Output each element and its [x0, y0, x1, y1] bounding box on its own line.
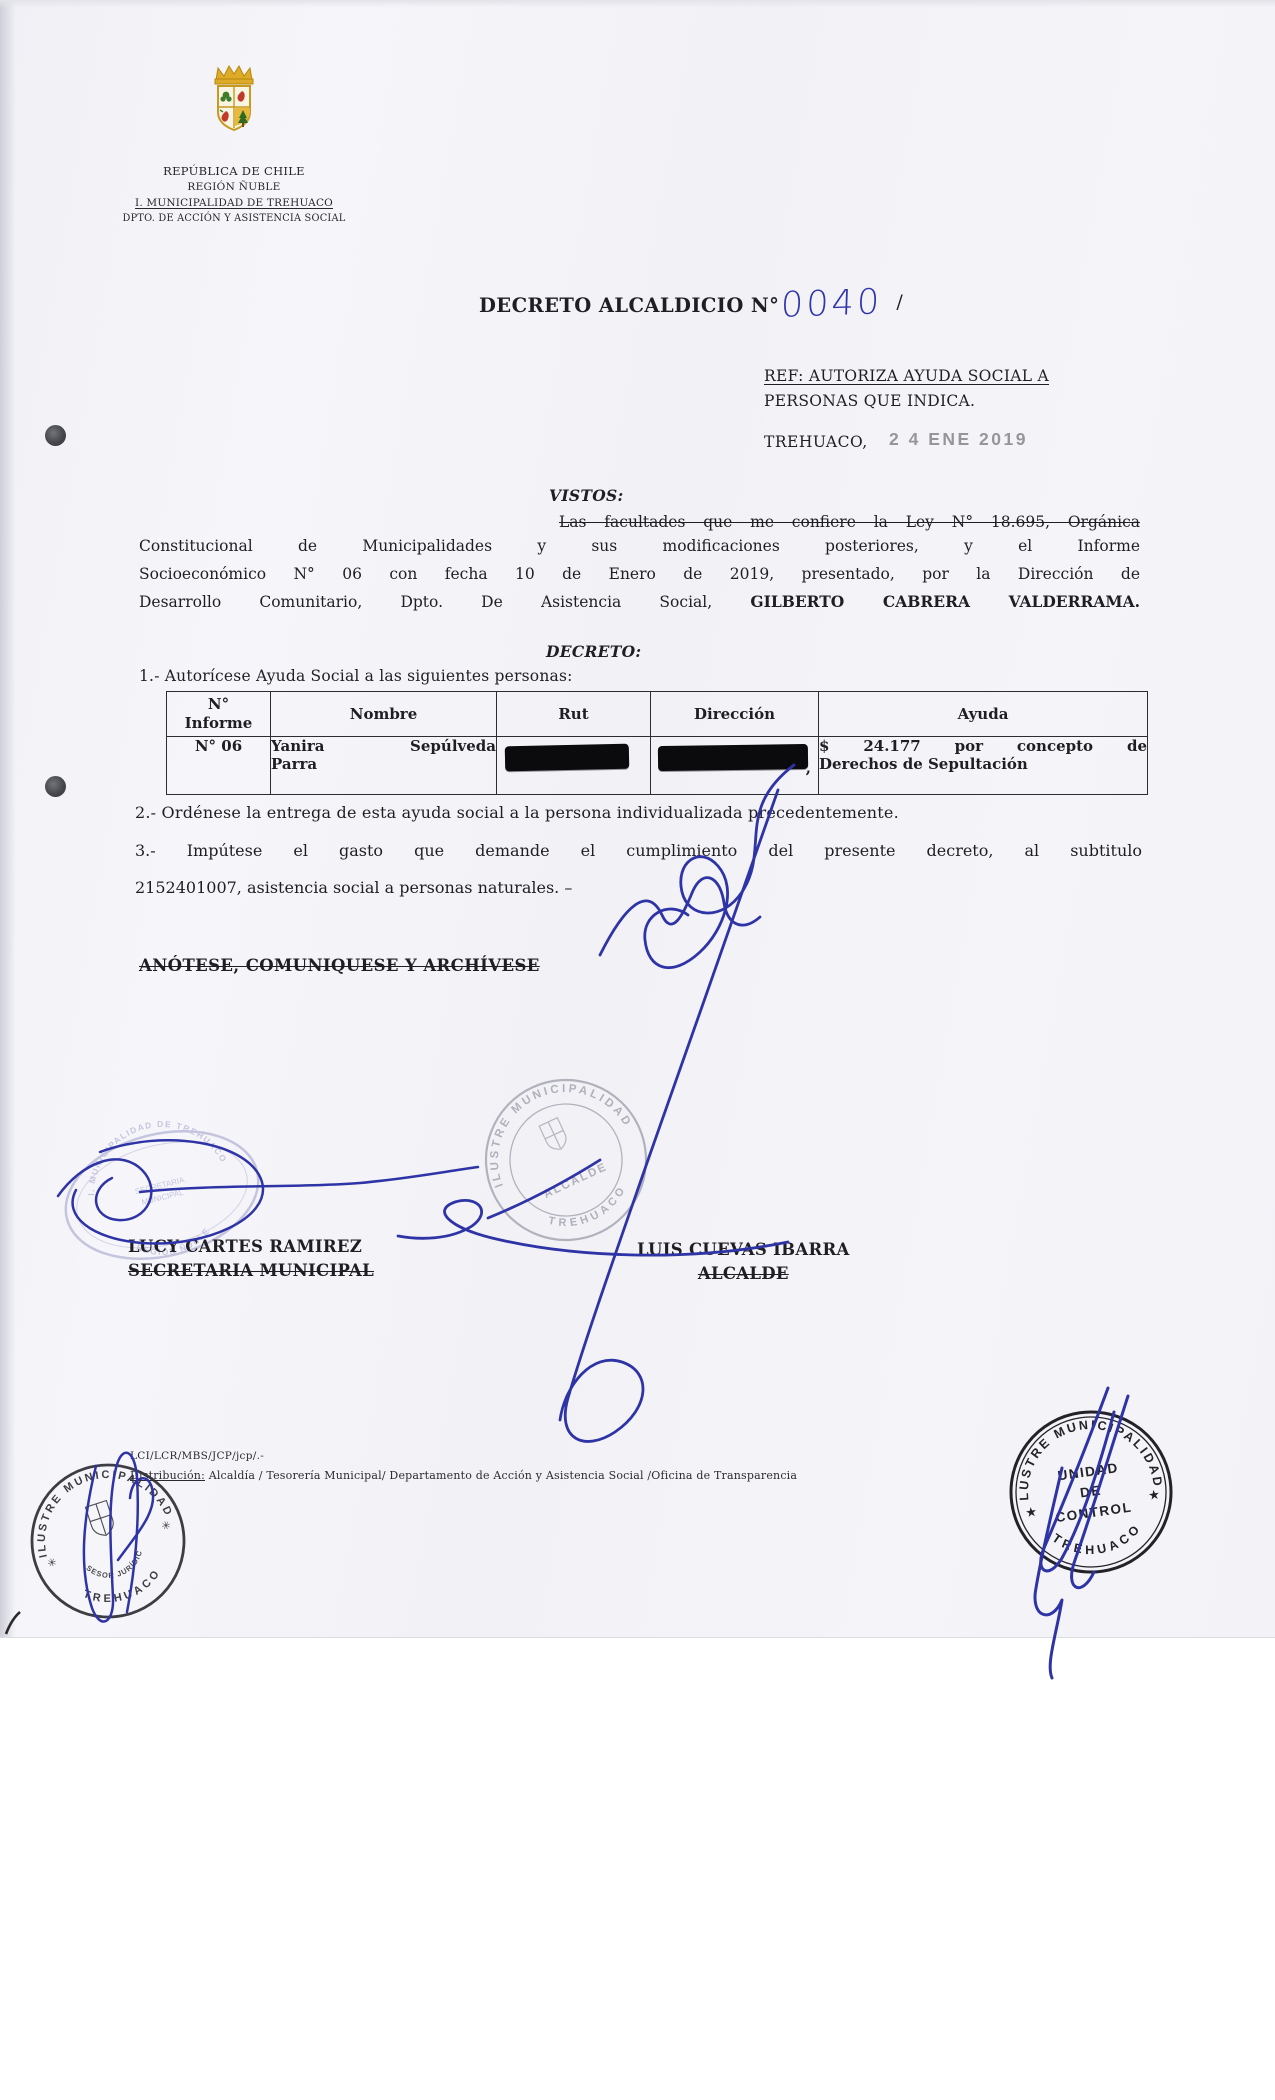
scanned-decree-page: I. MUNICIPALIDAD DE TREHUACO REGIÓN ÑUBL… — [0, 0, 1275, 2100]
vistos-line4-name: GILBERTO CABRERA VALDERRAMA. — [750, 592, 1140, 611]
dateline-place: TREHUACO, — [764, 433, 868, 451]
cell-informe: N° 06 — [167, 737, 271, 795]
secretaria-role: SECRETARIA MUNICIPAL — [128, 1259, 374, 1283]
vistos-line2: Constitucional de Municipalidades y sus … — [139, 533, 1140, 561]
closing-formula: ANÓTESE, COMUNIQUESE Y ARCHÍVESE — [139, 956, 540, 975]
col-header-direccion: Dirección — [651, 692, 819, 737]
cell-rut — [497, 737, 651, 795]
decreto-item1: 1.- Autorícese Ayuda Social a las siguie… — [139, 667, 573, 685]
col-header-rut: Rut — [497, 692, 651, 737]
vistos-line4: Desarrollo Comunitario, Dpto. De Asisten… — [139, 588, 1140, 617]
nombre-line1: Yanira Sepúlveda — [271, 737, 496, 755]
ayuda-line1: $ 24.177 por concepto de — [819, 737, 1147, 755]
beneficiaries-table: N° Informe Nombre Rut Dirección Ayuda N°… — [166, 691, 1148, 795]
secretaria-name: LUCY CARTES RAMIREZ — [128, 1235, 374, 1259]
col-header-nombre: Nombre — [271, 692, 497, 737]
vistos-paragraph: Constitucional de Municipalidades y sus … — [139, 533, 1140, 617]
signature-block-secretaria: LUCY CARTES RAMIREZ SECRETARIA MUNICIPAL — [128, 1235, 374, 1283]
decreto-item2: 2.- Ordénese la entrega de esta ayuda so… — [135, 803, 899, 822]
ref-line2: PERSONAS QUE INDICA. — [764, 389, 1049, 414]
letterhead-region: REGIÓN ÑUBLE — [103, 179, 365, 195]
crown-icon — [215, 66, 253, 84]
punch-hole-top — [45, 425, 66, 446]
decree-title: DECRETO ALCALDICIO N°0040/ — [479, 281, 903, 321]
alcalde-role: ALCALDE — [637, 1262, 850, 1286]
cell-direccion: , — [651, 737, 819, 795]
decreto-item3-line2: 2152401007, asistencia social a personas… — [135, 869, 1142, 906]
decree-number-handwritten: 0040 — [780, 282, 883, 326]
punch-hole-bottom — [45, 776, 66, 797]
municipal-coat-of-arms — [206, 62, 262, 136]
col-header-ayuda: Ayuda — [819, 692, 1148, 737]
decreto-item3-line1: 3.- Impútese el gasto que demande el cum… — [135, 832, 1142, 869]
ref-line1: REF: AUTORIZA AYUDA SOCIAL A — [764, 364, 1049, 389]
letterhead-department: DPTO. DE ACCIÓN Y ASISTENCIA SOCIAL — [103, 211, 365, 226]
footer-distribution-label: Distribución: — [130, 1469, 205, 1482]
vistos-line3: Socioeconómico N° 06 con fecha 10 de Ene… — [139, 561, 1140, 589]
alcalde-name: LUIS CUEVAS IBARRA — [637, 1238, 850, 1262]
letterhead-republic: REPÚBLICA DE CHILE — [103, 163, 365, 179]
footer-distribution: Distribución: Alcaldía / Tesorería Munic… — [130, 1469, 890, 1482]
ref-block: REF: AUTORIZA AYUDA SOCIAL A PERSONAS QU… — [764, 364, 1049, 413]
date-stamp: 2 4 ENE 2019 — [889, 429, 1028, 450]
rut-redaction-bar — [505, 744, 629, 772]
shield-icon — [218, 86, 250, 130]
letterhead: REPÚBLICA DE CHILE REGIÓN ÑUBLE I. MUNIC… — [103, 163, 365, 226]
table-header-row: N° Informe Nombre Rut Dirección Ayuda — [167, 692, 1148, 737]
decree-title-slash: / — [896, 291, 902, 313]
footer-initials: LCI/LCR/MBS/JCP/jcp/.- — [130, 1450, 264, 1462]
decree-title-label: DECRETO ALCALDICIO N° — [479, 294, 779, 317]
direccion-comma: , — [806, 759, 811, 777]
cell-ayuda: $ 24.177 por concepto de Derechos de Sep… — [819, 737, 1148, 795]
nombre-line2: Parra — [271, 755, 496, 773]
footer-distribution-list: Alcaldía / Tesorería Municipal/ Departam… — [205, 1469, 797, 1482]
vistos-struck-line: Las facultades que me confiere la Ley N°… — [559, 513, 1140, 531]
decreto-heading: DECRETO: — [546, 642, 641, 661]
table-row: N° 06 Yanira Sepúlveda Parra , $ 24.177 … — [167, 737, 1148, 795]
signature-block-alcalde: LUIS CUEVAS IBARRA ALCALDE — [637, 1238, 850, 1286]
col-header-informe: N° Informe — [167, 692, 271, 737]
vistos-line4-text: Desarrollo Comunitario, Dpto. De Asisten… — [139, 593, 712, 611]
letterhead-municipality: I. MUNICIPALIDAD DE TREHUACO — [103, 195, 365, 211]
ayuda-line2: Derechos de Sepultación — [819, 755, 1147, 773]
decreto-item3: 3.- Impútese el gasto que demande el cum… — [135, 832, 1142, 906]
cell-nombre: Yanira Sepúlveda Parra — [271, 737, 497, 795]
direccion-redaction-bar — [658, 744, 808, 771]
vistos-heading: VISTOS: — [549, 486, 624, 505]
